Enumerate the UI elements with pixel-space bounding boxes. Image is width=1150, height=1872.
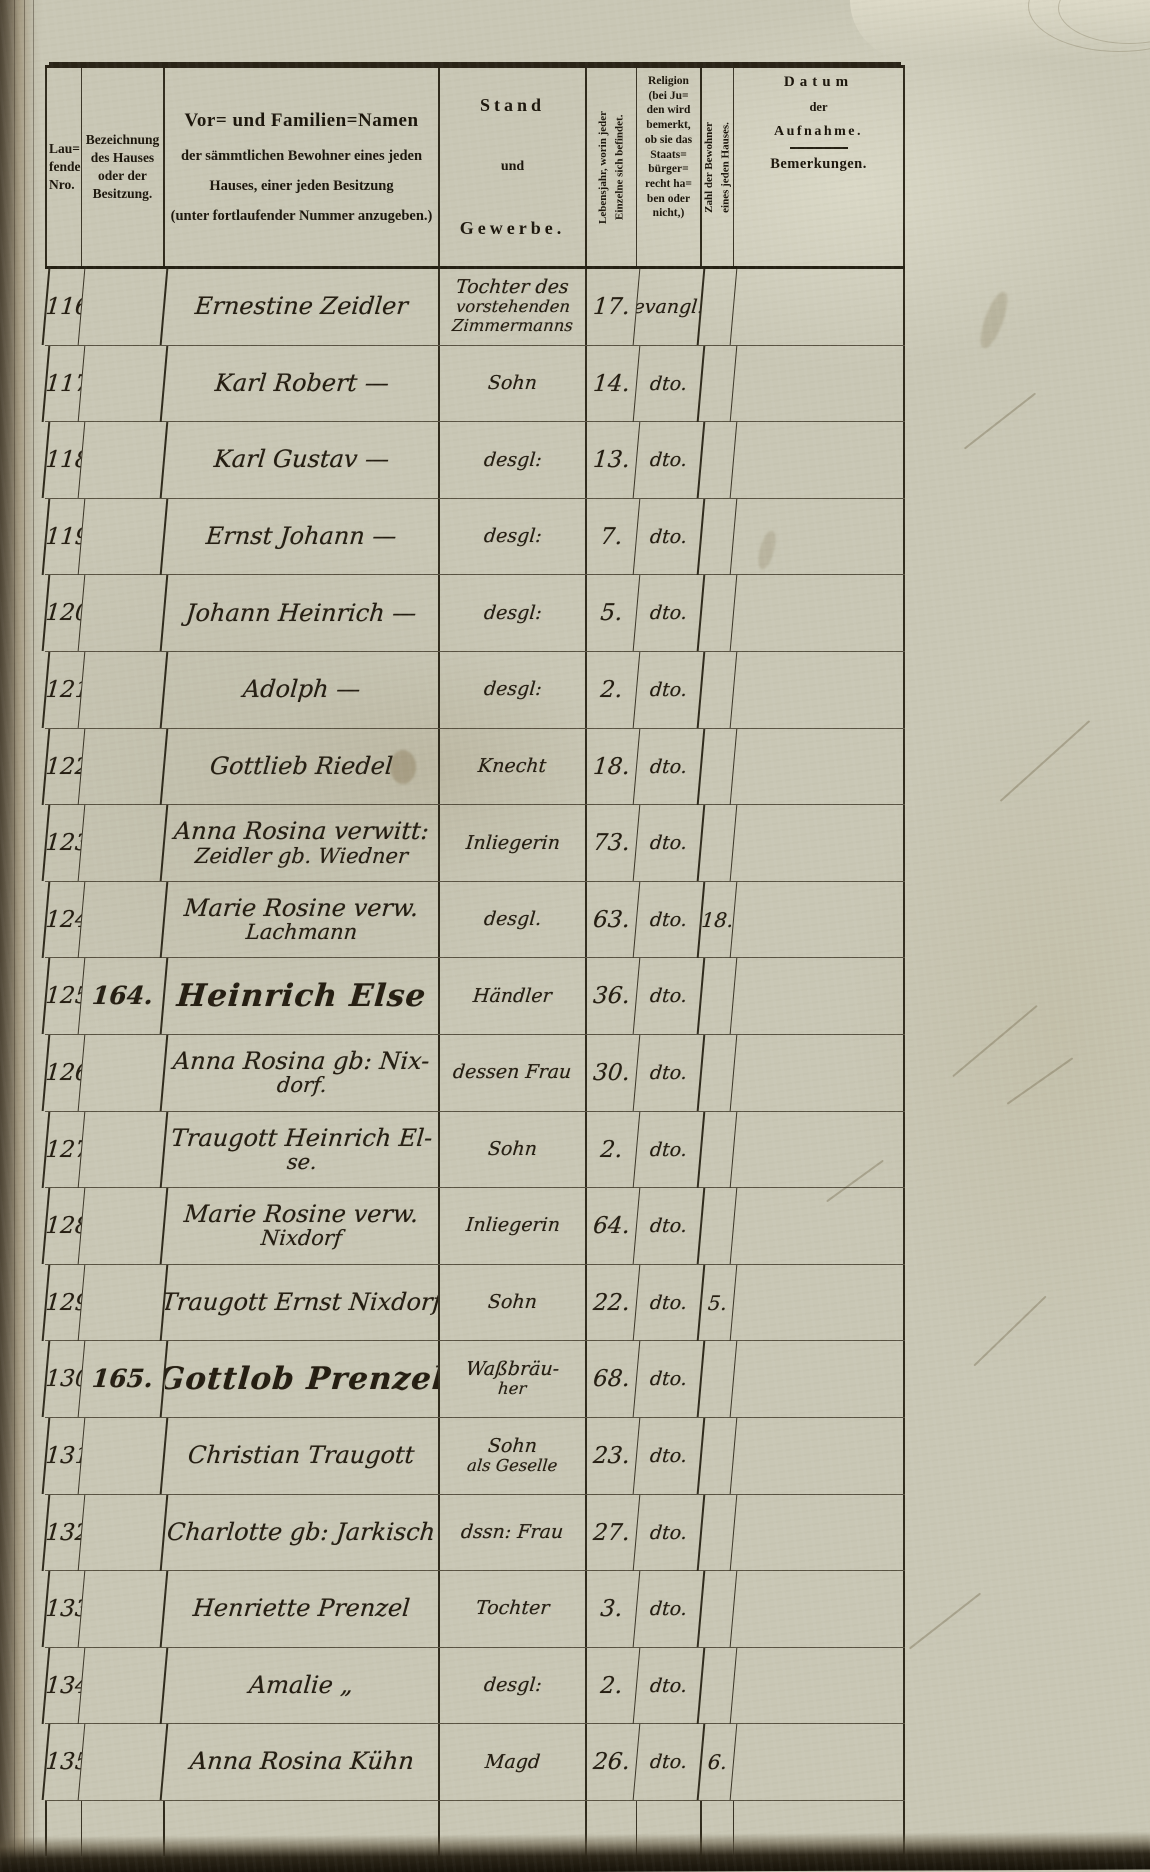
table-row: 1130. 165. Gottlob Prenzel Waßbräu- her … xyxy=(45,1341,905,1418)
table-row: 1134. Amalie „ desgl: 2. dto. xyxy=(45,1648,905,1725)
religion-value: dto. xyxy=(634,1035,706,1111)
table-row: 1123. Anna Rosina verwitt: Zeidler gb. W… xyxy=(45,805,905,882)
header-lebensjahr: Lebensjahr, worin jeder Einzelne sich be… xyxy=(587,68,637,266)
table-row: 1117. Karl Robert — Sohn 14. dto. xyxy=(45,346,905,423)
age-value: 64. xyxy=(584,1188,641,1264)
house-number xyxy=(79,575,169,651)
stand-gewerbe-cell: Sohn xyxy=(440,346,587,422)
residents-count-value xyxy=(699,958,738,1034)
stand-gewerbe-cell: desgl: xyxy=(440,1648,587,1724)
datum-bemerkungen-cell xyxy=(734,1341,905,1417)
house-number xyxy=(79,652,169,728)
datum-bemerkungen-cell xyxy=(734,958,905,1034)
stand-entry: desgl: xyxy=(483,1675,543,1696)
age-value: 14. xyxy=(584,346,641,422)
header-datum-word: Datum xyxy=(784,74,853,91)
resident-name: Henriette Prenzel xyxy=(192,1596,411,1621)
stand-entry: Sohn xyxy=(487,1292,538,1313)
religion-value: dto. xyxy=(634,1724,706,1800)
scratch-mark xyxy=(973,1296,1046,1367)
resident-name: Anna Rosina verwitt: xyxy=(173,819,430,844)
religion-value: dto. xyxy=(634,575,706,651)
house-number xyxy=(79,1495,169,1571)
house-number xyxy=(79,1035,169,1111)
age-value: 73. xyxy=(584,805,641,881)
residents-count-value xyxy=(699,1648,738,1724)
stand-gewerbe-cell: Tochter xyxy=(440,1571,587,1647)
table-row: 1116. Ernestine Zeidler Tochter des vors… xyxy=(45,269,905,346)
resident-name-line2: Lachmann xyxy=(245,921,358,943)
stand-gewerbe-cell: Tochter des vorstehenden Zimmermanns xyxy=(440,269,587,345)
header-aufnahme-word: Aufnahme. xyxy=(774,124,863,140)
religion-value: dto. xyxy=(634,1265,706,1341)
stand-gewerbe-cell: Sohn xyxy=(440,1265,587,1341)
resident-name-cell: Karl Robert — xyxy=(165,346,440,422)
stand-entry: dssn: Frau xyxy=(460,1522,564,1543)
header-gewerbe-word: Gewerbe. xyxy=(460,218,565,239)
header-zahl-text: Zahl der Bewohner eines jeden Hauses. xyxy=(702,122,734,213)
resident-name: Karl Robert — xyxy=(213,371,389,396)
age-value: 36. xyxy=(584,958,641,1034)
stand-entry: desgl: xyxy=(483,603,543,624)
datum-bemerkungen-cell xyxy=(734,269,905,345)
residents-count-value xyxy=(699,1341,738,1417)
stand-gewerbe-cell: desgl: xyxy=(440,652,587,728)
header-laufende-nro: Lau= fende Nro. xyxy=(45,68,82,266)
house-number: 164. xyxy=(79,958,169,1034)
scratch-mark xyxy=(1000,720,1091,802)
resident-name: Traugott Ernst Nixdorf xyxy=(165,1290,440,1315)
page-edge-line xyxy=(14,0,15,1872)
table-row: 1126. Anna Rosina gb: Nix- dorf. dessen … xyxy=(45,1035,905,1112)
register-page: Lau= fende Nro. Bezeichnung des Hauses o… xyxy=(0,0,1150,1872)
stand-entry: Magd xyxy=(484,1752,541,1773)
datum-bemerkungen-cell xyxy=(734,1188,905,1264)
stand-entry-line2: als Geselle xyxy=(466,1457,558,1476)
datum-bemerkungen-cell xyxy=(734,729,905,805)
resident-name-cell: Marie Rosine verw. Lachmann xyxy=(165,882,440,958)
stand-entry: desgl. xyxy=(483,909,542,930)
resident-name: Christian Traugott xyxy=(187,1443,416,1468)
stand-gewerbe-cell: Händler xyxy=(440,958,587,1034)
age-value: 2. xyxy=(584,1112,641,1188)
age-value: 22. xyxy=(584,1265,641,1341)
house-number xyxy=(79,1648,169,1724)
stand-entry: desgl: xyxy=(483,679,543,700)
residents-count-value xyxy=(699,729,738,805)
house-number xyxy=(79,1418,169,1494)
house-number xyxy=(79,269,169,345)
religion-value: dto. xyxy=(634,958,706,1034)
datum-bemerkungen-cell xyxy=(734,1724,905,1800)
residents-count-value xyxy=(699,422,738,498)
residents-count-value xyxy=(699,1035,738,1111)
house-number xyxy=(79,729,169,805)
religion-value: dto. xyxy=(634,1495,706,1571)
stand-gewerbe-cell: Magd xyxy=(440,1724,587,1800)
resident-name: Ernestine Zeidler xyxy=(194,294,409,319)
resident-name: Heinrich Else xyxy=(175,980,427,1013)
stand-gewerbe-cell: desgl: xyxy=(440,422,587,498)
stand-entry: Tochter xyxy=(475,1598,550,1619)
resident-name: Ernst Johann — xyxy=(205,524,398,549)
scratch-mark xyxy=(909,1593,981,1650)
stand-entry: Inliegerin xyxy=(465,1215,561,1236)
header-stand-gewerbe: Stand und Gewerbe. xyxy=(440,68,587,266)
resident-name-cell: Anna Rosina gb: Nix- dorf. xyxy=(165,1035,440,1111)
resident-name-cell: Gottlob Prenzel xyxy=(165,1341,440,1417)
stand-gewerbe-cell: dessen Frau xyxy=(440,1035,587,1111)
resident-name-cell: Anna Rosina verwitt: Zeidler gb. Wiedner xyxy=(165,805,440,881)
scratch-mark xyxy=(1007,1057,1074,1105)
page-edge-line xyxy=(24,0,25,1872)
resident-name-line2: Zeidler gb. Wiedner xyxy=(194,845,409,867)
resident-name: Karl Gustav — xyxy=(213,447,390,472)
age-value: 17. xyxy=(584,269,641,345)
resident-name: Anna Rosina gb: Nix- xyxy=(172,1049,431,1074)
datum-bemerkungen-cell xyxy=(734,1265,905,1341)
religion-value: dto. xyxy=(634,422,706,498)
table-row: 1122. Gottlieb Riedel Knecht 18. dto. xyxy=(45,729,905,806)
header-und-word: und xyxy=(501,159,524,175)
stand-entry-line2: her xyxy=(498,1380,528,1399)
stand-entry-line2: vorstehenden xyxy=(455,298,571,317)
resident-name-cell: Charlotte gb: Jarkisch xyxy=(165,1495,440,1571)
resident-name: Amalie „ xyxy=(248,1673,354,1698)
age-value: 26. xyxy=(584,1724,641,1800)
age-value: 2. xyxy=(584,652,641,728)
house-number xyxy=(79,1112,169,1188)
house-number xyxy=(79,422,169,498)
age-value: 5. xyxy=(584,575,641,651)
resident-name-cell: Ernestine Zeidler xyxy=(165,269,440,345)
resident-name-cell: Traugott Heinrich El- se. xyxy=(165,1112,440,1188)
datum-bemerkungen-cell xyxy=(734,346,905,422)
header-zahl-bewohner: Zahl der Bewohner eines jeden Hauses. xyxy=(702,68,734,266)
religion-value: dto. xyxy=(634,346,706,422)
resident-name-cell: Ernst Johann — xyxy=(165,499,440,575)
resident-name-cell: Amalie „ xyxy=(165,1648,440,1724)
religion-value: dto. xyxy=(634,729,706,805)
table-row: 1127. Traugott Heinrich El- se. Sohn 2. … xyxy=(45,1112,905,1189)
resident-name-cell: Karl Gustav — xyxy=(165,422,440,498)
religion-value: dto. xyxy=(634,1112,706,1188)
religion-value: dto. xyxy=(634,805,706,881)
stand-gewerbe-cell: Waßbräu- her xyxy=(440,1341,587,1417)
datum-bemerkungen-cell xyxy=(734,652,905,728)
table-row: 1133. Henriette Prenzel Tochter 3. dto. xyxy=(45,1571,905,1648)
stand-gewerbe-cell: Inliegerin xyxy=(440,1188,587,1264)
residents-count-value: 18. xyxy=(699,882,738,958)
resident-name: Marie Rosine verw. xyxy=(183,1202,419,1227)
table-row: 1128. Marie Rosine verw. Nixdorf Inliege… xyxy=(45,1188,905,1265)
stand-gewerbe-cell: dssn: Frau xyxy=(440,1495,587,1571)
stand-entry: Tochter des xyxy=(455,277,570,298)
stand-gewerbe-cell: Sohn als Geselle xyxy=(440,1418,587,1494)
resident-name: Johann Heinrich — xyxy=(185,601,418,626)
stand-gewerbe-cell: desgl: xyxy=(440,575,587,651)
resident-name-cell: Traugott Ernst Nixdorf xyxy=(165,1265,440,1341)
residents-count-value xyxy=(699,1418,738,1494)
header-stand-word: Stand xyxy=(480,95,545,116)
datum-bemerkungen-cell xyxy=(734,1035,905,1111)
residents-count-value xyxy=(699,346,738,422)
resident-name-line2: se. xyxy=(286,1151,318,1173)
scratch-mark xyxy=(952,1005,1038,1077)
scratch-mark xyxy=(964,393,1036,450)
age-value: 13. xyxy=(584,422,641,498)
resident-name: Adolph — xyxy=(242,677,361,702)
datum-bemerkungen-cell xyxy=(734,805,905,881)
stand-entry: Sohn xyxy=(487,1139,538,1160)
table-row: 1125. 164. Heinrich Else Händler 36. dto… xyxy=(45,958,905,1035)
religion-value: dto. xyxy=(634,1648,706,1724)
datum-bemerkungen-cell xyxy=(734,1418,905,1494)
resident-name-cell: Anna Rosina Kühn xyxy=(165,1724,440,1800)
residents-count-value xyxy=(699,1495,738,1571)
stand-gewerbe-cell: Knecht xyxy=(440,729,587,805)
table-header-row: Lau= fende Nro. Bezeichnung des Hauses o… xyxy=(45,68,905,269)
resident-name: Anna Rosina Kühn xyxy=(188,1749,414,1774)
age-value: 27. xyxy=(584,1495,641,1571)
religion-value: dto. xyxy=(634,652,706,728)
resident-name-cell: Heinrich Else xyxy=(165,958,440,1034)
house-number xyxy=(79,1188,169,1264)
table-row: 1132. Charlotte gb: Jarkisch dssn: Frau … xyxy=(45,1495,905,1572)
age-value: 18. xyxy=(584,729,641,805)
religion-value: dto. xyxy=(634,499,706,575)
house-number xyxy=(79,805,169,881)
table-row: 1135. Anna Rosina Kühn Magd 26. dto. 6. xyxy=(45,1724,905,1801)
header-bemerkungen-word: Bemerkungen. xyxy=(770,156,867,173)
house-number xyxy=(79,1571,169,1647)
stand-entry: Waßbräu- xyxy=(465,1359,560,1380)
book-bottom-edge xyxy=(0,1831,1150,1872)
header-haus-bezeichnung: Bezeichnung des Hauses oder der Besitzun… xyxy=(82,68,165,266)
resident-name-cell: Adolph — xyxy=(165,652,440,728)
header-namen-subtitle: der sämmtlichen Bewohner eines jeden Hau… xyxy=(171,142,433,231)
resident-name: Gottlob Prenzel xyxy=(165,1363,440,1396)
residents-count-value xyxy=(699,1571,738,1647)
stand-gewerbe-cell: desgl. xyxy=(440,882,587,958)
table-row: 1121. Adolph — desgl: 2. dto. xyxy=(45,652,905,729)
table-row: 1129. Traugott Ernst Nixdorf Sohn 22. dt… xyxy=(45,1265,905,1342)
religion-value: dto. xyxy=(634,1188,706,1264)
age-value: 68. xyxy=(584,1341,641,1417)
table-rows: 1116. Ernestine Zeidler Tochter des vors… xyxy=(45,269,905,1801)
resident-name: Gottlieb Riedel xyxy=(209,754,394,779)
age-value: 63. xyxy=(584,882,641,958)
religion-value: dto. xyxy=(634,1418,706,1494)
age-value: 23. xyxy=(584,1418,641,1494)
header-namen-title: Vor= und Familien=Namen xyxy=(184,110,418,132)
religion-value: dto. xyxy=(634,1571,706,1647)
resident-name: Traugott Heinrich El- xyxy=(170,1126,433,1151)
table-row: 1131. Christian Traugott Sohn als Gesell… xyxy=(45,1418,905,1495)
house-number xyxy=(79,346,169,422)
resident-name-cell: Johann Heinrich — xyxy=(165,575,440,651)
stand-entry-line3: Zimmermanns xyxy=(451,317,574,336)
stand-entry: Sohn xyxy=(487,373,538,394)
page-edge-line xyxy=(33,0,34,1872)
resident-name: Marie Rosine verw. xyxy=(183,896,419,921)
datum-bemerkungen-cell xyxy=(734,1112,905,1188)
age-value: 7. xyxy=(584,499,641,575)
age-value: 2. xyxy=(584,1648,641,1724)
table-row: 1124. Marie Rosine verw. Lachmann desgl.… xyxy=(45,882,905,959)
datum-bemerkungen-cell xyxy=(734,882,905,958)
residents-count-value xyxy=(699,805,738,881)
age-value: 3. xyxy=(584,1571,641,1647)
stand-entry: desgl: xyxy=(483,450,543,471)
religion-value: dto. xyxy=(634,882,706,958)
stand-entry: Sohn xyxy=(487,1436,538,1457)
header-namen: Vor= und Familien=Namen der sämmtlichen … xyxy=(165,68,440,266)
stand-entry: Inliegerin xyxy=(465,833,561,854)
stand-gewerbe-cell: Sohn xyxy=(440,1112,587,1188)
religion-value: dto. xyxy=(634,1341,706,1417)
house-number xyxy=(79,499,169,575)
table-row: 1120. Johann Heinrich — desgl: 5. dto. xyxy=(45,575,905,652)
datum-bemerkungen-cell xyxy=(734,1648,905,1724)
residents-count-value: 6. xyxy=(699,1724,738,1800)
residents-count-value: 5. xyxy=(699,1265,738,1341)
datum-bemerkungen-cell xyxy=(734,499,905,575)
datum-bemerkungen-cell xyxy=(734,422,905,498)
resident-name-cell: Christian Traugott xyxy=(165,1418,440,1494)
house-number: 165. xyxy=(79,1341,169,1417)
residents-count-value xyxy=(699,1112,738,1188)
ink-stain xyxy=(975,289,1012,352)
residents-count-value xyxy=(699,499,738,575)
house-number xyxy=(79,1724,169,1800)
resident-name-line2: Nixdorf xyxy=(260,1227,343,1249)
residents-count-value xyxy=(699,652,738,728)
header-der-word: der xyxy=(809,100,827,115)
header-religion: Religion (bei Ju= den wird bemerkt, ob s… xyxy=(637,68,702,266)
datum-bemerkungen-cell xyxy=(734,575,905,651)
table-row: 1118. Karl Gustav — desgl: 13. dto. xyxy=(45,422,905,499)
resident-name-cell: Gottlieb Riedel xyxy=(165,729,440,805)
stand-entry: Knecht xyxy=(477,756,547,777)
book-binding-edge xyxy=(0,0,42,1872)
residents-count-value xyxy=(699,269,738,345)
header-lebensjahr-text: Lebensjahr, worin jeder Einzelne sich be… xyxy=(595,111,628,224)
resident-name-line2: dorf. xyxy=(276,1074,328,1096)
resident-name-cell: Henriette Prenzel xyxy=(165,1571,440,1647)
stand-gewerbe-cell: Inliegerin xyxy=(440,805,587,881)
table-row: 1119. Ernst Johann — desgl: 7. dto. xyxy=(45,499,905,576)
header-datum-bemerkungen: Datum der Aufnahme. Bemerkungen. xyxy=(734,68,905,266)
resident-name-cell: Marie Rosine verw. Nixdorf xyxy=(165,1188,440,1264)
house-number xyxy=(79,1265,169,1341)
residents-count-value xyxy=(699,1188,738,1264)
stand-entry: desgl: xyxy=(483,526,543,547)
religion-value: evangl. xyxy=(634,269,706,345)
datum-bemerkungen-cell xyxy=(734,1571,905,1647)
header-divider-rule xyxy=(790,147,848,149)
stand-entry: Händler xyxy=(472,986,553,1007)
stand-gewerbe-cell: desgl: xyxy=(440,499,587,575)
resident-name: Charlotte gb: Jarkisch xyxy=(166,1520,436,1545)
age-value: 30. xyxy=(584,1035,641,1111)
census-table: Lau= fende Nro. Bezeichnung des Hauses o… xyxy=(45,65,905,1856)
residents-count-value xyxy=(699,575,738,651)
datum-bemerkungen-cell xyxy=(734,1495,905,1571)
house-number xyxy=(79,882,169,958)
stand-entry: dessen Frau xyxy=(452,1062,572,1083)
